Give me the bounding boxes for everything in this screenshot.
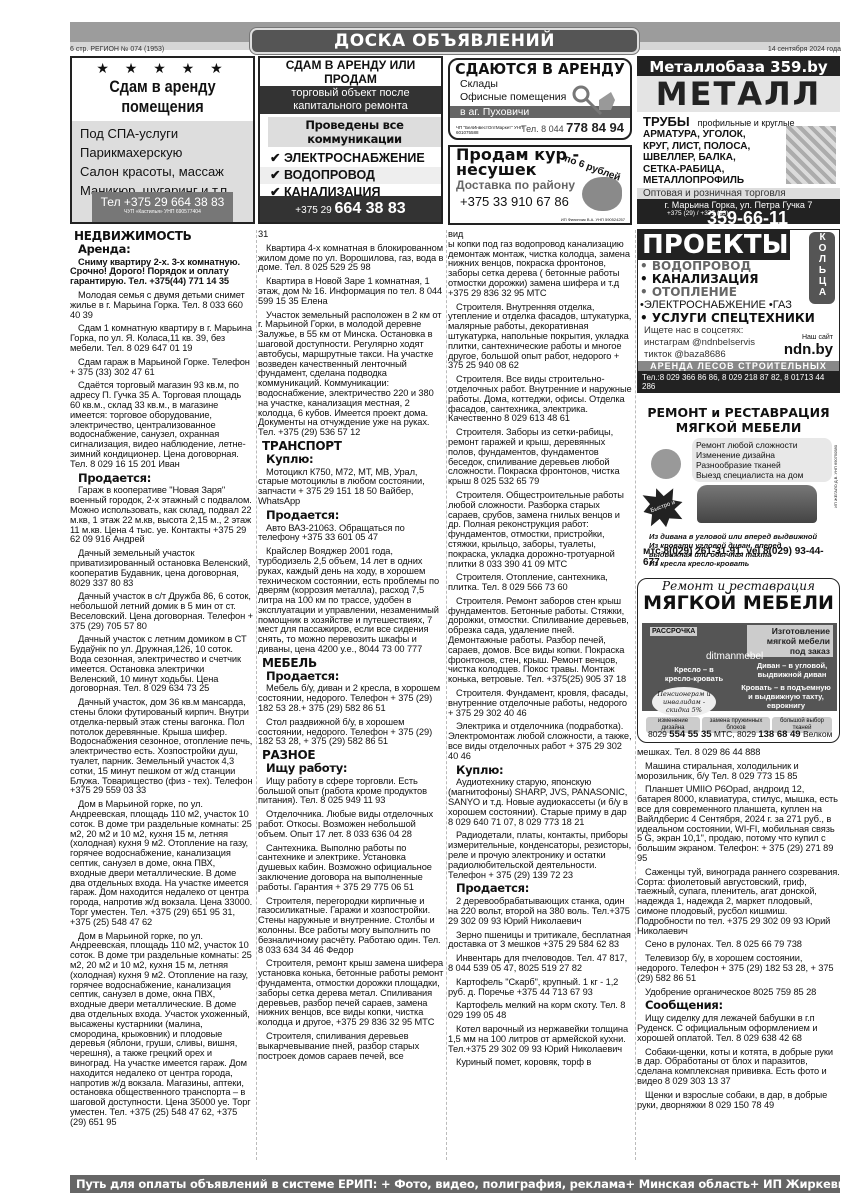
mascot-icon bbox=[651, 449, 681, 479]
option-chair: Кресло – в кресло-кровать bbox=[664, 665, 724, 683]
phone-part: МТС, 8029 bbox=[712, 729, 759, 739]
ad-warehouse-rent: СДАЮТСЯ В АРЕНДУ Склады Офисные помещени… bbox=[448, 58, 632, 140]
classified-ad: Авто ВАЗ-21063. Обращаться по телефону +… bbox=[258, 524, 445, 544]
erip-payment-footer: Путь для оплаты объявлений в системе ЕРИ… bbox=[70, 1175, 840, 1193]
ad-title: МЕТАЛЛ bbox=[637, 76, 840, 112]
classified-ad: Квартира 4-х комнатная в блокированном ж… bbox=[258, 244, 445, 273]
classified-ad: Строителя. Все виды строительно-отделочн… bbox=[448, 375, 632, 424]
classified-ad: Собаки-щенки, коты и котята, в добрые ру… bbox=[637, 1048, 840, 1087]
option: Из дивана в угловой или вперед выдвижной bbox=[649, 532, 817, 541]
classified-ad: Сдам 1 комнатную квартиру в г. Марьина Г… bbox=[70, 324, 253, 353]
subsection-heading: Куплю: bbox=[456, 766, 632, 776]
feature: Выезд специалиста на дом bbox=[696, 470, 828, 480]
site-url: ndn.by bbox=[784, 341, 833, 358]
classified-ad: Удобрение органическое 8025 759 85 28 bbox=[637, 988, 840, 998]
ad-phone: 8029 554 55 35 МТС, 8029 138 68 49 Велко… bbox=[648, 729, 832, 740]
option-bed: Кровать – в подъемную и выдвижную тахту,… bbox=[738, 683, 834, 710]
section-heading: НЕДВИЖИМОСТЬ bbox=[74, 232, 253, 242]
ad-title: СДАЮТСЯ В АРЕНДУ bbox=[455, 60, 626, 78]
column-1: НЕДВИЖИМОСТЬ Аренда: Сниму квартиру 2-х.… bbox=[70, 230, 253, 1132]
legal-info: ИП ЖЕГАЛО Д.В. УНП 690750580 bbox=[833, 445, 838, 508]
classified-ad: Дачный участок в с/т Дружба 86, 6 соток,… bbox=[70, 592, 253, 631]
ad-products: ТРУБЫпрофильные и круглые АРМАТУРА, УГОЛ… bbox=[637, 112, 840, 188]
ad-line: Салон красоты, массаж bbox=[80, 162, 245, 181]
continued-text: мешках. Тел. 8 029 86 44 888 bbox=[637, 748, 840, 758]
classified-ad: Сдаётся торговый магазин 93 кв.м, по адр… bbox=[70, 381, 253, 469]
subsection-heading: Продается: bbox=[266, 672, 445, 682]
ad-hens: Продам кур - несушек Доставка по району … bbox=[448, 145, 632, 225]
column-2: 31 Квартира 4-х комнатная в блокированно… bbox=[258, 230, 445, 1065]
ad-phone: +375 29 664 38 83 bbox=[260, 196, 441, 222]
classified-ad: Картофель мелкий на корм скоту. Тел. 8 0… bbox=[448, 1001, 632, 1021]
sofa-icon bbox=[697, 485, 817, 523]
classified-ad: Ищу сиделку для лежачей бабушки в г.п Ру… bbox=[637, 1014, 840, 1043]
classified-ad: Строителя. Отопление, сантехника, плитка… bbox=[448, 573, 632, 593]
check-item: ✔ ВОДОПРОВОД bbox=[260, 167, 441, 184]
subsection-heading: Аренда: bbox=[78, 245, 253, 255]
classified-ad: Картофель "Скарб", крупный. 1 кг - 1,2 р… bbox=[448, 978, 632, 998]
subsection-heading: Ищу работу: bbox=[266, 764, 445, 774]
ad-title: СДАМ В АРЕНДУ ИЛИ ПРОДАМ bbox=[260, 58, 441, 86]
classified-ad: Электрика и отделочника (подработка). Эл… bbox=[448, 722, 632, 761]
classified-ad: Крайслер Вояджер 2001 года, турбодизель … bbox=[258, 547, 445, 655]
classified-ad: Стол раздвижной б/у, в хорошем состоянии… bbox=[258, 718, 445, 747]
column-4: мешках. Тел. 8 029 86 44 888 Машина стир… bbox=[637, 748, 840, 1114]
legal-info: ЧУП «Кастилья» УНП 690577404 bbox=[92, 209, 233, 215]
phone-part: 8029 bbox=[648, 729, 669, 739]
classified-ad: Гараж в кооперативе "Новая Заря" военный… bbox=[70, 486, 253, 545]
section-heading: МЕБЕЛЬ bbox=[262, 659, 445, 669]
pipes-icon bbox=[786, 126, 836, 184]
ad-metal-base: Металлобаза 359.by МЕТАЛЛ ТРУБЫпрофильны… bbox=[637, 56, 840, 224]
phone-number: Тел +375 29 664 38 83 bbox=[101, 195, 225, 209]
phone-main: 664 38 83 bbox=[335, 200, 406, 217]
classified-ad: Квартира в Новой Заре 1 комнатная, 1 эта… bbox=[258, 277, 445, 306]
ad-soft-furniture: Ремонт и реставрация МЯГКОЙ МЕБЕЛИ РАССР… bbox=[637, 578, 840, 743]
subsection-heading: Продается: bbox=[266, 511, 445, 521]
legal-info: ЧП "БелИнвестОптМаркет" УНП 601075588 bbox=[456, 125, 526, 135]
phone-part: 554 55 35 bbox=[669, 729, 711, 740]
ad-title: МЯГКОЙ МЕБЕЛИ bbox=[638, 593, 839, 613]
classified-ad: Котел варочный из нержавейки толщина 1,5… bbox=[448, 1025, 632, 1054]
installment-badge: РАССРОЧКА bbox=[650, 627, 697, 636]
brand-name: Металлобаза 359.by bbox=[637, 56, 840, 76]
column-divider bbox=[446, 230, 447, 1160]
page-title: ДОСКА ОБЪЯВЛЕНИЙ bbox=[250, 28, 639, 54]
classified-ad: Саженцы туй, винограда раннего созревани… bbox=[637, 868, 840, 937]
features-list: Ремонт любой сложности Изменение дизайна… bbox=[692, 438, 832, 482]
subtitle-line: капитального ремонта bbox=[260, 100, 441, 113]
ad-phone: Тел.:8 029 366 86 86, 8 029 218 87 82, 8… bbox=[638, 371, 839, 393]
subsection-heading: Продается: bbox=[78, 474, 253, 484]
classified-ad: Сено в рулонах. Тел. 8 025 66 79 738 bbox=[637, 940, 840, 950]
ad-communications: Проведены все коммуникации bbox=[268, 117, 441, 147]
classified-ad: Строителя, перегородки кирпичные и газос… bbox=[258, 897, 445, 956]
classified-ad: Отделочника. Любые виды отделочных работ… bbox=[258, 810, 445, 839]
ad-phone: мтс 8(029) 261-31-91, vel 8(029) 93-44-6… bbox=[643, 546, 840, 568]
classified-ad: Строителя. Фундамент, кровля, фасады, вн… bbox=[448, 689, 632, 718]
ad-script-title: Ремонт и реставрация bbox=[638, 579, 839, 593]
classified-ad: Дом в Марьиной горке, по ул. Андреевская… bbox=[70, 932, 253, 1128]
ad-trade: Оптовая и розничная торговля bbox=[637, 188, 840, 199]
phone-part: Велком bbox=[801, 729, 833, 739]
section-heading: ТРАНСПОРТ bbox=[262, 442, 445, 452]
ad-title: РЕМОНТ и РЕСТАВРАЦИЯ bbox=[637, 405, 840, 420]
classified-ad: Телевизор б/у, в хорошем состоянии, недо… bbox=[637, 954, 840, 983]
classified-ad: Строителя, спиливания деревьев выкарчевы… bbox=[258, 1032, 445, 1061]
service-item: • УСЛУГИ СПЕЦТЕХНИКИ bbox=[638, 312, 839, 325]
discount-badge: Пенсионерам и инвалидам - скидка 5% bbox=[652, 687, 716, 717]
rings-label: КОЛЬЦА bbox=[809, 232, 835, 304]
phone-main: 778 84 94 bbox=[566, 120, 624, 135]
classified-ad: Щенки и взрослые собаки, в дар, в добрые… bbox=[637, 1091, 840, 1111]
feature: Ремонт любой сложности bbox=[696, 440, 828, 450]
ad-title: ПРОЕКТЫ bbox=[638, 230, 790, 260]
ad-furniture-repair: РЕМОНТ и РЕСТАВРАЦИЯ МЯГКОЙ МЕБЕЛИ Ремон… bbox=[637, 405, 840, 570]
ad-subtitle: торговый объект после капитального ремон… bbox=[260, 86, 441, 114]
classified-ad: Машина стиральная, холодильник и морозил… bbox=[637, 762, 840, 782]
ad-phone: Тел. 8 044 778 84 94 bbox=[521, 120, 624, 135]
classified-ad: Сдам гараж в Марьиной Горке. Телефон + 3… bbox=[70, 358, 253, 378]
legal-info: ИП Филипчик В.А. УНП 590524257 bbox=[561, 217, 625, 222]
feature: Разнообразие тканей bbox=[696, 460, 828, 470]
ad-phone: +375 (29) / +375 (33)359-66-11 bbox=[637, 210, 840, 217]
classified-ad: Зерно пшеницы и тритикале, бесплатная до… bbox=[448, 931, 632, 951]
classified-ad: Дачный участок, дом 36 кв.м мансарда, ст… bbox=[70, 698, 253, 796]
classified-ad: Планшет UMIIO P6Opad, андроид 12, батаре… bbox=[637, 785, 840, 863]
classified-ad: ы копки под газ водопровод канализацию д… bbox=[448, 240, 632, 299]
keys-icon bbox=[571, 82, 616, 122]
subtitle-line: торговый объект после bbox=[260, 87, 441, 100]
phone-part: 138 68 49 bbox=[758, 729, 800, 740]
phone-prefix: Тел. 8 044 bbox=[521, 124, 566, 134]
stars-icon: ★ ★ ★ ★ ★ bbox=[72, 60, 253, 77]
feature: Изменение дизайна bbox=[696, 450, 828, 460]
classified-ad: Строителя. Общестроительные работы любой… bbox=[448, 491, 632, 569]
subsection-heading: Сообщения: bbox=[645, 1001, 840, 1011]
ad-title-2: МЯГКОЙ МЕБЕЛИ bbox=[637, 420, 840, 435]
ad-phone: Тел +375 29 664 38 83 ЧУП «Кастилья» УНП… bbox=[92, 192, 233, 222]
classified-ad: Дачный земельный участок приватизированн… bbox=[70, 549, 253, 588]
classified-ad: Участок земельный расположен в 2 км от г… bbox=[258, 311, 445, 438]
ad-line: Парикмахерскую bbox=[80, 143, 245, 162]
classified-ad: Мебель б/у, диван и 2 кресла, в хорошем … bbox=[258, 684, 445, 713]
classified-ad: Радиодетали, платы, контакты, приборы из… bbox=[448, 831, 632, 880]
ad-spa-premises: ★ ★ ★ ★ ★ Сдам в аренду помещения Под СП… bbox=[70, 56, 255, 224]
ad-commercial-object: СДАМ В АРЕНДУ ИЛИ ПРОДАМ торговый объект… bbox=[258, 56, 443, 224]
ad-title: Сдам в аренду помещения bbox=[77, 77, 248, 117]
subsection-heading: Куплю: bbox=[266, 455, 445, 465]
classified-ad: Строителя. Внутренняя отделка, утепление… bbox=[448, 303, 632, 372]
subsection-heading: Продается: bbox=[456, 884, 632, 894]
pipes-label: ТРУБЫ bbox=[643, 114, 690, 129]
website: Наш сайтndn.by bbox=[784, 334, 833, 358]
phone-prefix: +375 29 bbox=[295, 205, 334, 216]
classified-ad: Строителя. Заборы из сетки-рабицы, ремон… bbox=[448, 428, 632, 487]
phone-main: 359-66-11 bbox=[707, 208, 788, 224]
classified-ad: Аудиотехнику старую, японскую (магнитофо… bbox=[448, 778, 632, 827]
classified-ad: Сантехника. Выполню работы по сантехнике… bbox=[258, 844, 445, 893]
classified-ad: Дом в Марьиной горке, по ул. Андреевская… bbox=[70, 800, 253, 927]
section-heading: РАЗНОЕ bbox=[262, 751, 445, 761]
issue-date: 14 сентября 2024 года bbox=[768, 46, 841, 53]
pipes-sub: профильные и круглые bbox=[698, 118, 795, 128]
classified-ad: Инвентарь для пчеловодов. Тел. 47 817, 8… bbox=[448, 954, 632, 974]
site-label: Наш сайт bbox=[802, 334, 833, 341]
classified-ad: Дачный участок с летним домиком в СТ Буд… bbox=[70, 635, 253, 694]
column-divider bbox=[635, 230, 636, 1160]
classified-ad: Сниму квартиру 2-х. 3-х комнатную. Срочн… bbox=[70, 258, 253, 287]
classified-ad: Мотоцикл К750, М72, МТ, МВ, Урал, старые… bbox=[258, 468, 445, 507]
column-3: вид ы копки под газ водопровод канализац… bbox=[448, 230, 632, 1072]
classified-ad: Строителя. Ремонт заборов стен крыш фунд… bbox=[448, 597, 632, 685]
option-sofa: Диван – в угловой, выдвижной диван bbox=[748, 661, 836, 679]
starburst-badge: Быстро и качественно! bbox=[637, 481, 688, 532]
scaffold-rent: АРЕНДА ЛЕСОВ СТРОИТЕЛЬНЫХ bbox=[638, 361, 839, 371]
ad-projects: ПРОЕКТЫ КОЛЬЦА • ВОДОПРОВОД • КАНАЛИЗАЦИ… bbox=[637, 229, 840, 393]
classified-ad: 2 деревообрабатывающих станка, один на 2… bbox=[448, 897, 632, 926]
column-divider bbox=[256, 230, 257, 1160]
check-item: ✔ ЭЛЕКТРОСНАБЖЕНИЕ bbox=[260, 150, 441, 167]
classified-ad: Ищу работу в сфере торговли. Есть большо… bbox=[258, 777, 445, 806]
ad-line: Под СПА-услуги bbox=[80, 124, 245, 143]
classified-ad: Молодая семья с двумя детьми снимет жиль… bbox=[70, 291, 253, 320]
page-info: 6 стр. РЕГИОН № 074 (1953) bbox=[70, 46, 164, 53]
classified-ad: Куриный помет, коровяк, торф в bbox=[448, 1058, 632, 1068]
continued-text: 31 bbox=[258, 230, 445, 240]
classified-ad: Строителя, ремонт крыш замена шифера уст… bbox=[258, 959, 445, 1028]
rings-text: КОЛЬЦА bbox=[816, 232, 828, 298]
